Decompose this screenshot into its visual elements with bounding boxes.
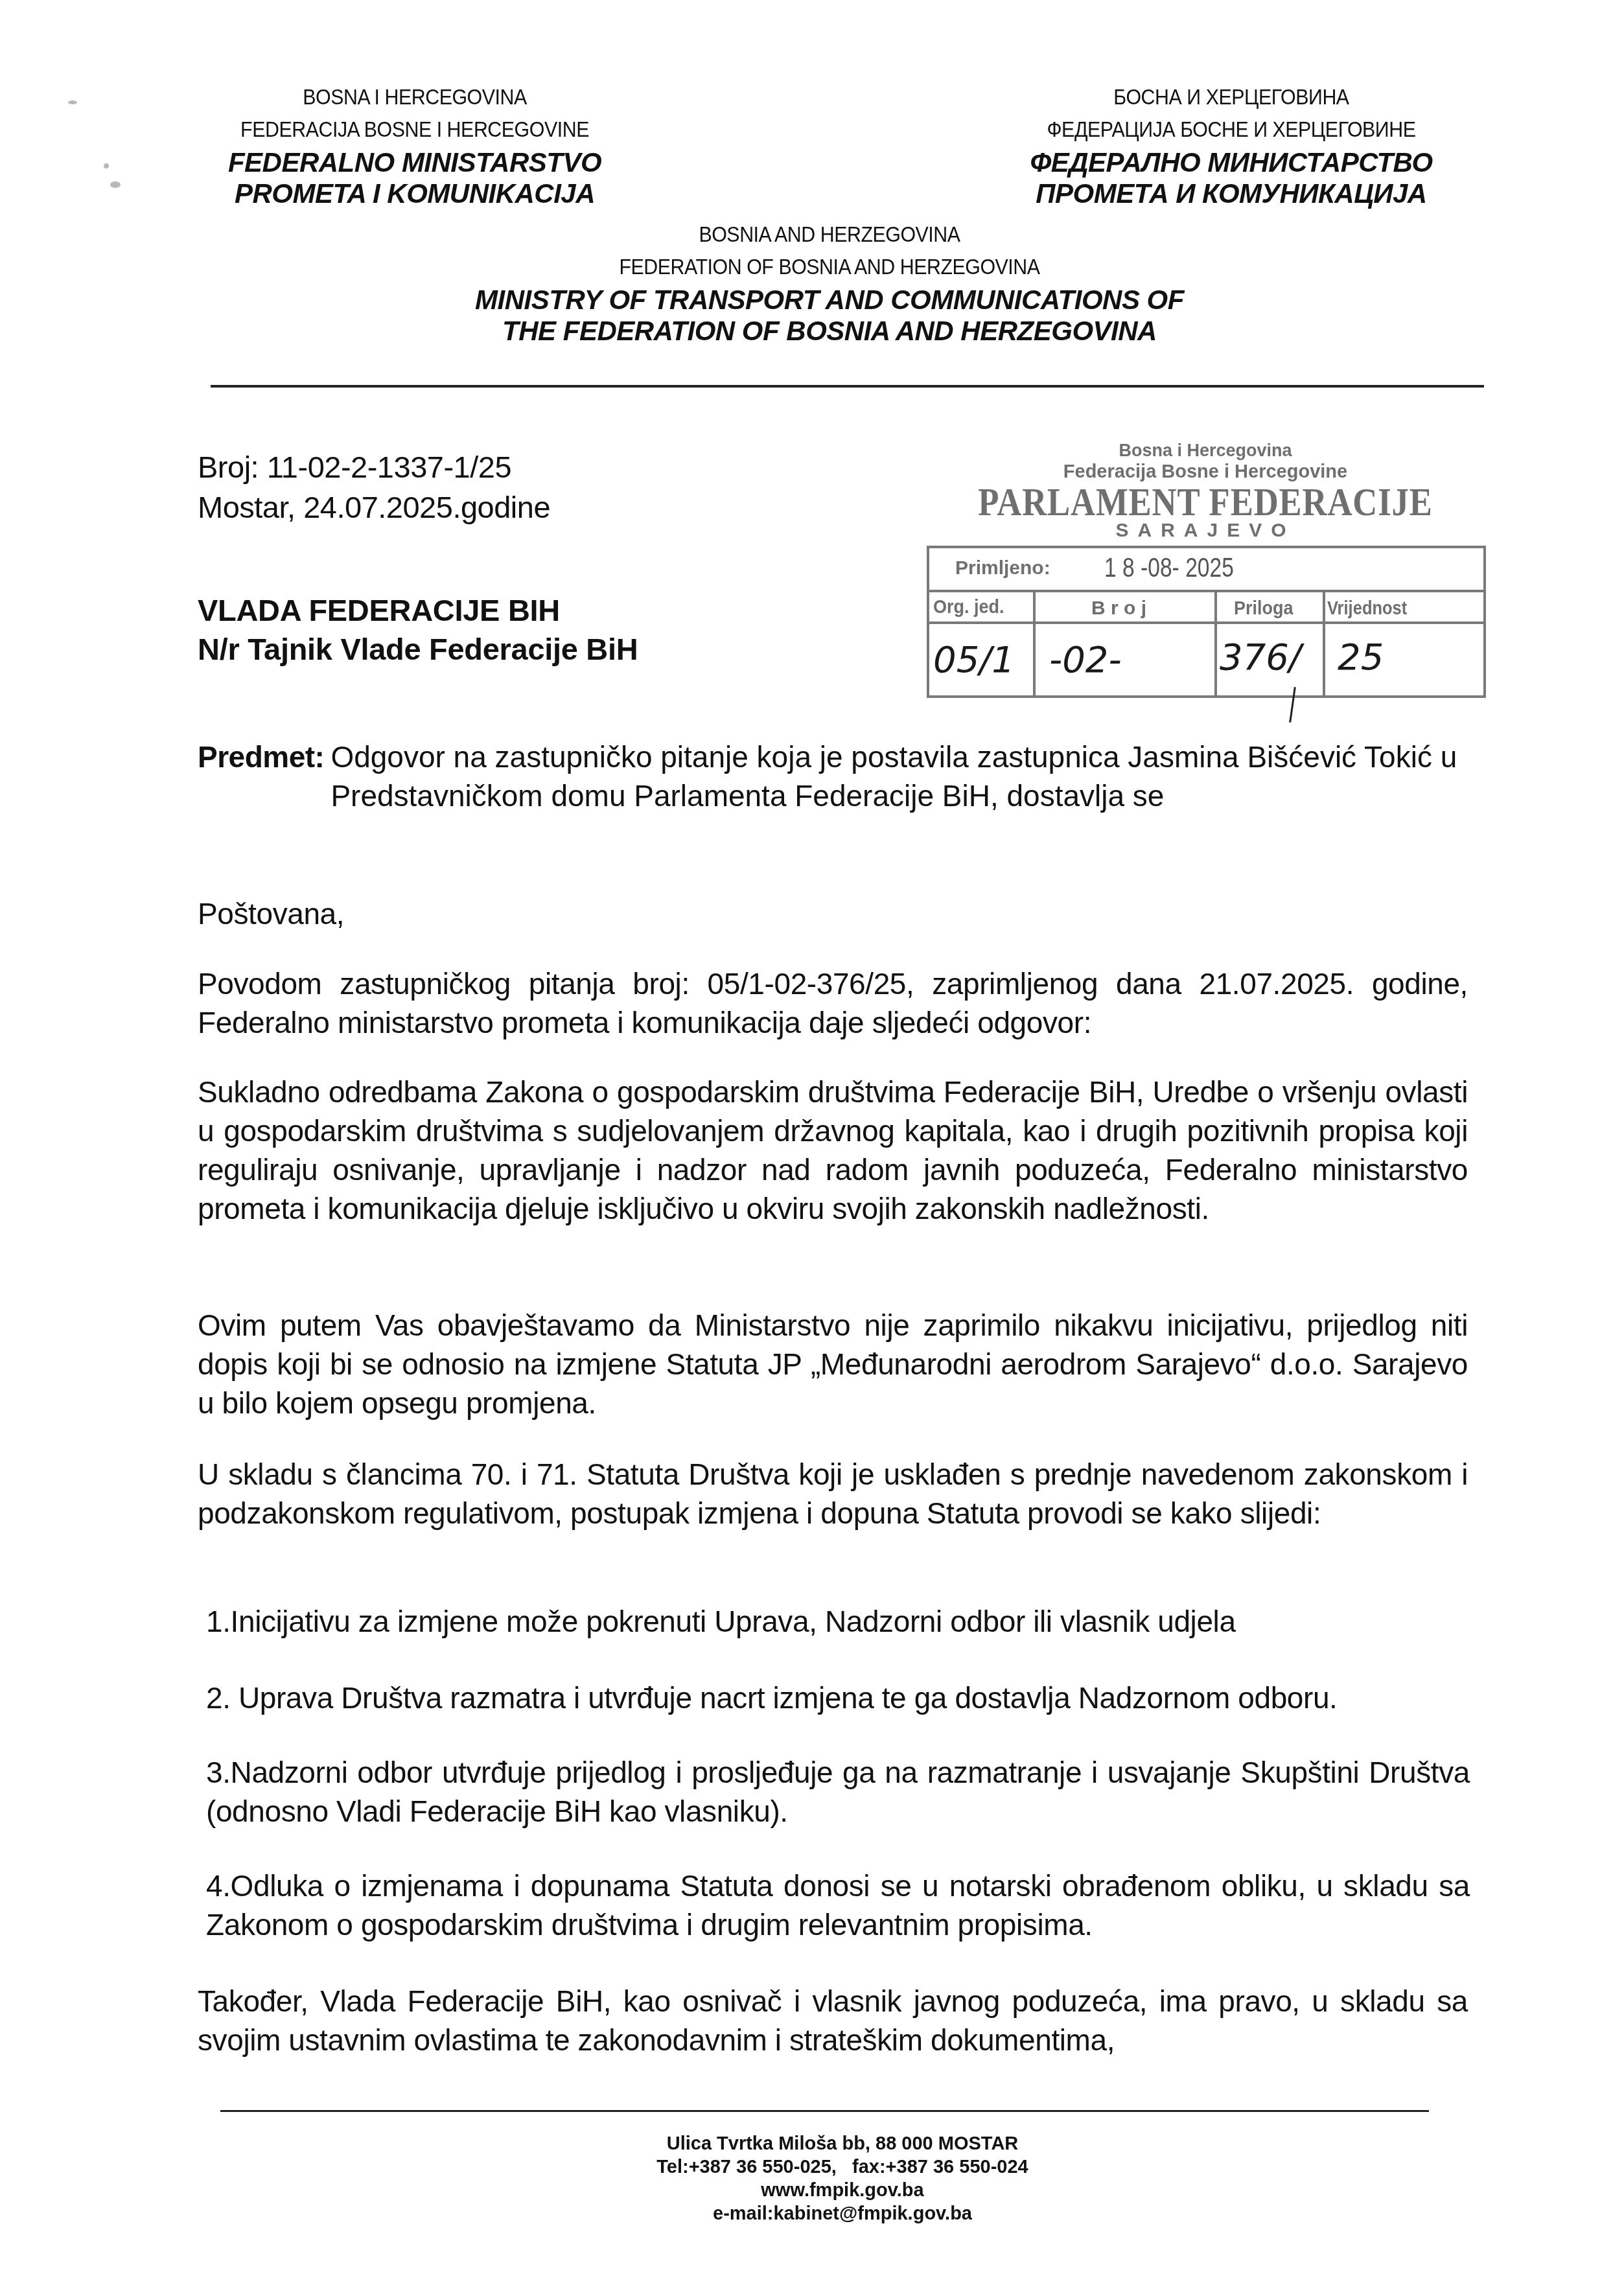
stamp-handwritten-org: 05/1 xyxy=(933,639,1015,681)
stamp-col-priloga: Priloga xyxy=(1234,597,1293,620)
letterhead-right-ministry: ФЕДЕРАЛНО МИНИСТАРСТВО xyxy=(1004,149,1458,176)
scan-speck xyxy=(104,163,109,168)
letterhead-left-country: BOSNA I HERCEGOVINA xyxy=(212,86,618,108)
paragraph-government-rights: Također, Vlada Federacije BiH, kao osniv… xyxy=(198,1982,1468,2059)
header-divider xyxy=(211,385,1484,388)
document-place-date: Mostar, 24.07.2025.godine xyxy=(198,487,550,528)
document-meta: Broj: 11-02-2-1337-1/25 Mostar, 24.07.20… xyxy=(198,447,550,528)
step-4: 4.Odluka o izmjenama i dopunama Statuta … xyxy=(206,1866,1470,1944)
stamp-received-label: Primljeno: xyxy=(955,557,1050,579)
letterhead-right-ministry-2: ПРОМЕТА И КОМУНИКАЦИЈА xyxy=(1004,180,1458,207)
step-3: 3.Nadzorni odbor utvrđuje prijedlog i pr… xyxy=(206,1753,1470,1831)
stamp-country: Bosna i Hercegovina xyxy=(920,441,1491,461)
paragraph-no-initiative: Ovim putem Vas obavještavamo da Ministar… xyxy=(198,1306,1468,1422)
footer-website[interactable]: www.fmpik.gov.ba xyxy=(583,2179,1102,2202)
subject-block: Predmet: Odgovor na zastupničko pitanje … xyxy=(198,737,1468,815)
paragraph-intro: Povodom zastupničkog pitanja broj: 05/1-… xyxy=(198,964,1468,1042)
letterhead-center-ministry: MINISTRY OF TRANSPORT AND COMMUNICATIONS… xyxy=(421,286,1238,314)
stamp-grid: Primljeno: 1 8 -08- 2025 Org. jed. B r o… xyxy=(927,546,1486,698)
letterhead-left-federation: FEDERACIJA BOSNE I HERCEGOVINE xyxy=(212,119,618,140)
recipient-block: VLADA FEDERACIJE BIH N/r Tajnik Vlade Fe… xyxy=(198,591,638,669)
stamp-received-date: 1 8 -08- 2025 xyxy=(1104,552,1234,583)
parliament-received-stamp: Bosna i Hercegovina Federacija Bosne i H… xyxy=(920,441,1491,726)
stamp-col-divider xyxy=(1033,592,1036,695)
paragraph-legal-basis: Sukladno odredbama Zakona o gospodarskim… xyxy=(198,1073,1468,1228)
stamp-col-divider xyxy=(1214,592,1217,695)
recipient-attention: N/r Tajnik Vlade Federacije BiH xyxy=(198,630,638,669)
letterhead-left-ministry-2: PROMETA I KOMUNIKACIJA xyxy=(194,180,635,207)
stamp-col-broj: B r o j xyxy=(1091,597,1146,620)
footer-email[interactable]: e-mail:kabinet@fmpik.gov.ba xyxy=(583,2202,1102,2225)
subject-label: Predmet: xyxy=(198,737,324,815)
document-number: Broj: 11-02-2-1337-1/25 xyxy=(198,447,550,487)
letterhead-center-country: BOSNIA AND HERZEGOVINA xyxy=(454,224,1205,245)
step-2: 2. Uprava Društva razmatra i utvrđuje na… xyxy=(206,1678,1470,1717)
stamp-col-vrijednost: Vrijednost xyxy=(1327,597,1407,620)
step-1: 1.Inicijativu za izmjene može pokrenuti … xyxy=(206,1602,1470,1641)
letterhead-center-ministry-2: THE FEDERATION OF BOSNIA AND HERZEGOVINA xyxy=(421,318,1238,345)
stamp-handwritten-vrijednost: 25 xyxy=(1338,636,1384,679)
paragraph-statute-procedure: U skladu s člancima 70. i 71. Statuta Dr… xyxy=(198,1455,1468,1533)
stamp-city: SARAJEVO xyxy=(920,520,1491,542)
footer-divider xyxy=(220,2110,1429,2112)
subject-text: Odgovor na zastupničko pitanje koja je p… xyxy=(331,737,1468,815)
stamp-handwritten-broj: -02- xyxy=(1049,639,1122,681)
footer-contact: Ulica Tvrtka Miloša bb, 88 000 MOSTAR Te… xyxy=(583,2132,1102,2225)
letterhead-center-federation: FEDERATION OF BOSNIA AND HERZEGOVINA xyxy=(454,256,1205,277)
letterhead-center: BOSNIA AND HERZEGOVINA FEDERATION OF BOS… xyxy=(421,224,1238,345)
footer-address: Ulica Tvrtka Miloša bb, 88 000 MOSTAR xyxy=(583,2132,1102,2155)
letterhead-right-federation: ФЕДЕРАЦИЈА БОСНЕ И ХЕРЦЕГОВИНЕ xyxy=(1023,119,1440,140)
salutation: Poštovana, xyxy=(198,894,344,933)
stamp-col-divider xyxy=(1323,592,1325,695)
stamp-col-org: Org. jed. xyxy=(933,596,1004,618)
letterhead-right-country: БОСНА И ХЕРЦЕГОВИНА xyxy=(1023,86,1440,108)
letterhead-left: BOSNA I HERCEGOVINA FEDERACIJA BOSNE I H… xyxy=(194,86,635,207)
stamp-parliament: PARLAMENT FEDERACIJE xyxy=(963,480,1448,526)
footer-phone-fax: Tel:+387 36 550-025, fax:+387 36 550-024 xyxy=(583,2155,1102,2179)
scan-speck xyxy=(68,100,77,104)
letterhead-left-ministry: FEDERALNO MINISTARSTVO xyxy=(194,149,635,176)
scan-speck xyxy=(110,181,121,188)
stamp-handwritten-priloga: 376/ xyxy=(1220,636,1301,679)
letterhead-right: БОСНА И ХЕРЦЕГОВИНА ФЕДЕРАЦИЈА БОСНЕ И Х… xyxy=(1004,86,1458,207)
recipient-name: VLADA FEDERACIJE BIH xyxy=(198,591,638,630)
